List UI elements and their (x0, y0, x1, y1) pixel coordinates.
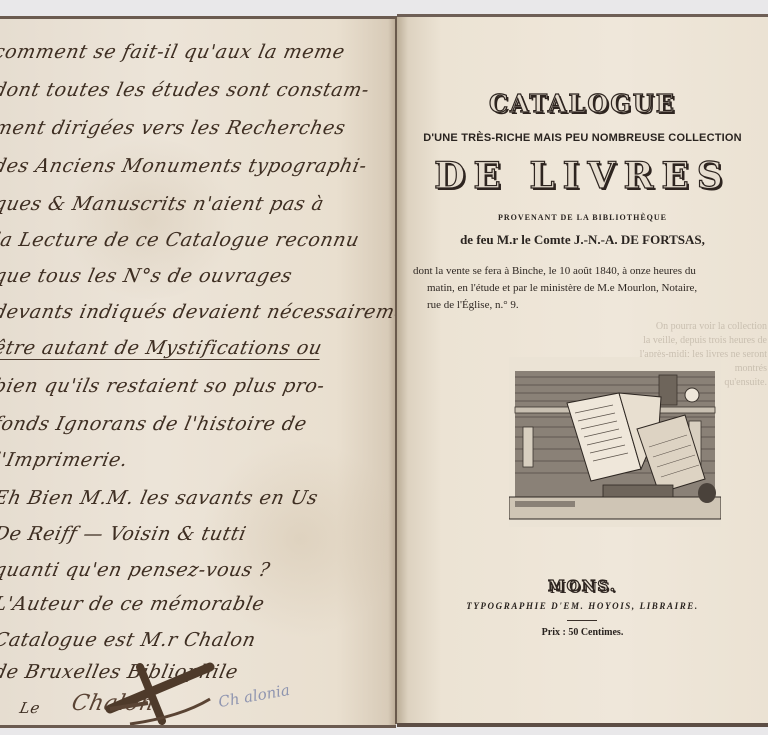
handwritten-line: ment dirigées vers les Recherches (0, 117, 348, 139)
right-page-title-page: CATALOGUE D'UNE TRÈS-RICHE MAIS PEU NOMB… (397, 14, 768, 727)
divider-rule (567, 620, 597, 621)
sale-line: rue de l'Église, n.° 9. (413, 297, 765, 314)
handwritten-line: bien qu'ils restaient so plus pro- (0, 375, 327, 397)
pencil-annotation: Ch alonia (217, 681, 291, 711)
printer-imprint: TYPOGRAPHIE D'EM. HOYOIS, LIBRAIRE. (397, 601, 768, 611)
signature-prefix: Le (18, 699, 42, 717)
handwritten-line: l'Imprimerie. (0, 449, 130, 471)
livres-title: DE LIVRES (397, 155, 768, 197)
price-line: Prix : 50 Centimes. (397, 627, 768, 638)
provenance-line: PROVENANT DE LA BIBLIOTHÈQUE (397, 213, 768, 222)
handwritten-line: la Lecture de ce Catalogue reconnu (0, 229, 361, 251)
handwritten-line: dont toutes les études sont constam- (0, 79, 371, 101)
open-book: comment se fait-il qu'aux la meme dont t… (0, 10, 768, 722)
handwritten-line: fonds Ignorans de l'histoire de (0, 413, 309, 435)
signature-flourish-icon (100, 659, 220, 728)
handwritten-line: devants indiqués devaient nécessairement (0, 301, 396, 323)
handwritten-line: L'Auteur de ce mémorable (0, 593, 267, 615)
handwritten-line-underlined: être autant de Mystifications ou (0, 337, 324, 359)
left-page-manuscript: comment se fait-il qu'aux la meme dont t… (0, 16, 396, 728)
sale-line: dont la vente se fera à Binche, le 10 ao… (413, 265, 696, 277)
owner-line: de feu M.r le Comte J.-N.-A. DE FORTSAS, (397, 232, 768, 248)
handwritten-line: que tous les N°s de ouvrages (0, 265, 294, 287)
catalogue-title: CATALOGUE (397, 89, 768, 118)
handwritten-line: des Anciens Monuments typographi- (0, 155, 369, 177)
sale-line: matin, en l'étude et par le ministère de… (413, 280, 765, 297)
handwritten-line: ques & Manuscrits n'aient pas à (0, 193, 326, 215)
handwritten-line: comment se fait-il qu'aux la meme (0, 41, 347, 63)
collection-subtitle: D'UNE TRÈS-RICHE MAIS PEU NOMBREUSE COLL… (397, 132, 768, 144)
handwritten-line: Eh Bien M.M. les savants en Us (0, 487, 320, 509)
handwritten-line: Catalogue est M.r Chalon (0, 629, 258, 651)
books-engraving-icon (509, 357, 721, 527)
sale-details: dont la vente se fera à Binche, le 10 ao… (413, 263, 765, 314)
city-imprint: MONS. (397, 577, 768, 595)
handwritten-line: De Reiff — Voisin & tutti (0, 523, 248, 545)
handwritten-line: quanti qu'en pensez-vous ? (0, 559, 272, 581)
